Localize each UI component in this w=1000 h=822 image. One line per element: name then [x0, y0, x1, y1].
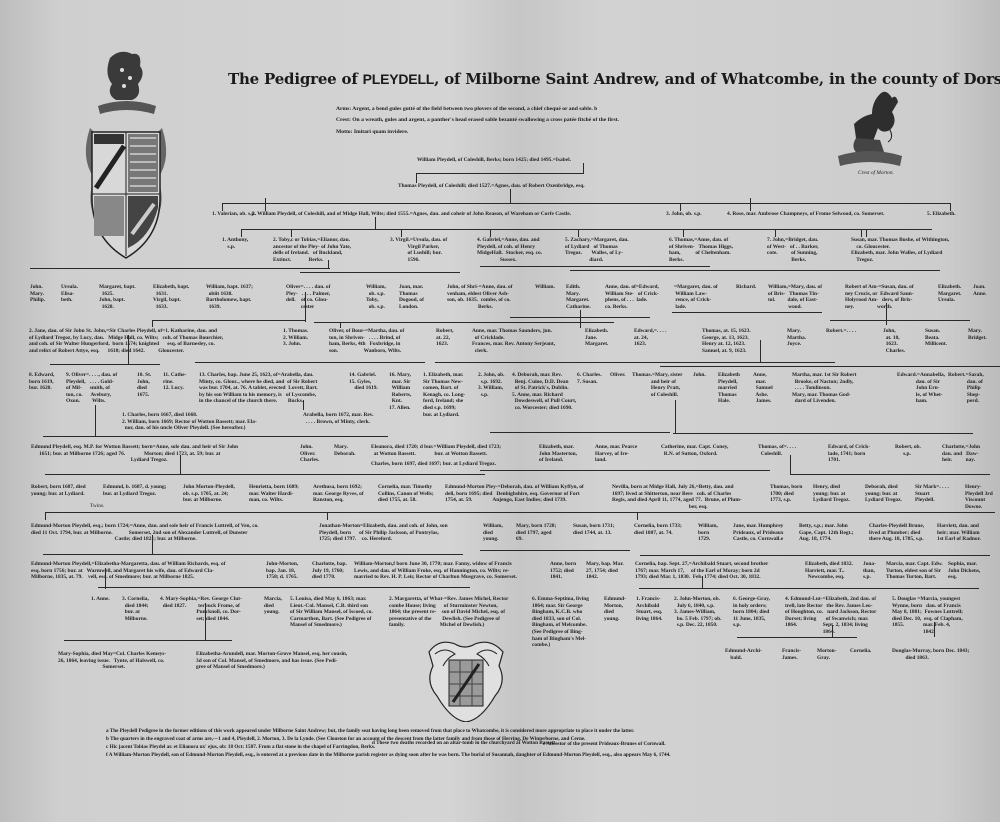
morton-gray: Morton- Gray.	[817, 648, 836, 661]
elizabeth-newcomen: 1. Elizabeth, mar. Sir Thomas New- comen…	[423, 372, 465, 418]
connector	[222, 203, 223, 211]
cornelia-1844: 3. Cornelia, died 1844; bur. at Milborne…	[122, 596, 149, 622]
connector	[291, 229, 292, 237]
marcia-died-young: Marcia, died young.	[264, 596, 282, 616]
connector	[303, 400, 304, 410]
footnote-a: a The Pleydell Pedigree in the former ed…	[106, 728, 634, 734]
arethusa: Arethusa, born 1692; mar. George Ryves, …	[313, 484, 364, 504]
sir-charles-pleydell-family: 2. Jane, dau. of Sir John St. John,=Sir …	[29, 328, 223, 354]
elizabetha-arundell: Elizabetha-Arundell, mar. Morton-Grove M…	[196, 651, 347, 671]
bottom-coat-of-arms-icon	[425, 636, 507, 722]
connector	[580, 310, 581, 328]
connector	[660, 366, 1000, 367]
connector	[152, 535, 153, 555]
henry-viscount-downe: Henry- Pleydell 3rd Viscount Downe.	[965, 484, 993, 510]
valerian: 1. Valerian, ob. s.p.	[212, 211, 256, 218]
mary-1728: Mary, born 1728; died 1797, aged 69.	[516, 523, 556, 543]
elizabeth-harriett: Elizabeth, died 1832. Harriett, mar. T..…	[805, 561, 853, 581]
john-william: 2. John, ob. s.p. 1692. 3. William, s.p.	[478, 372, 505, 398]
footnote-c: c Hic jacent Tobias Pleydel ar. et Elian…	[106, 744, 375, 750]
mary-martha-joyce: Mary. Martha. Joyce.	[787, 328, 806, 348]
connector	[934, 622, 935, 637]
william-1729: William, born 1729.	[698, 523, 718, 543]
motto: Motto: Imitari quam invidere.	[336, 129, 408, 135]
connector	[416, 173, 583, 174]
page-title: The Pedigree of PLEYDELL, of Milborne Sa…	[228, 70, 788, 88]
connector	[98, 587, 470, 588]
virgil: 3. Virgil.=Ursula, dau. of Virgil Parker…	[390, 237, 447, 263]
edward-1619: 8. Edward, born 1619, bur. 1620.	[29, 372, 54, 392]
connector	[866, 229, 867, 237]
connector	[683, 229, 684, 237]
jonathan-sp: Jona- than, s.p.	[863, 561, 876, 581]
anthony: 1. Anthony, s.p.	[222, 237, 248, 250]
connector	[578, 229, 579, 237]
john: John.	[693, 372, 706, 379]
catherine-coney: Catherine, mar. Capt. Coney, R.N. of Sut…	[661, 444, 728, 457]
connector	[490, 432, 670, 433]
connector	[570, 270, 940, 271]
edith-mary-margaret: Edith. Mary. Margaret. Catharine.	[566, 284, 591, 310]
connector	[675, 400, 676, 433]
ursula-elisabeth: Ursula. Elisa- beth.	[61, 284, 78, 304]
william-pleydell-1425: William Pleydell, of Coleshill, Berks; b…	[417, 157, 571, 164]
william: William.	[535, 284, 555, 291]
morton-crest-goat-icon	[832, 88, 908, 172]
connector	[43, 554, 463, 555]
edmund-morton-pleydell-1695: Edmund-Morton Pley-=Deborah, dau. of Wil…	[445, 484, 584, 504]
connector	[328, 260, 329, 268]
william-toby: William, ob. s.p. Toby, ob. s.p.	[366, 284, 386, 310]
jane-prideaux: Jane, mar. Humphrey Prideaux, of Prideau…	[733, 523, 783, 543]
jonathan-morton-pleydell: Jonathan-Morton=Elizabeth, dau. and coh.…	[319, 523, 448, 543]
zachary: 5. Zachary,=Margaret, dau. of Lydiard of…	[565, 237, 629, 263]
connector	[490, 229, 491, 237]
crest-caption: Crest of Morton.	[858, 170, 894, 177]
connector	[152, 320, 305, 321]
connector	[50, 364, 160, 365]
rose: 4. Rose, mar. Ambrose Champneys, of From…	[727, 211, 884, 218]
title-prefix: The Pedigree of	[228, 70, 363, 88]
connector	[43, 436, 388, 437]
connector	[639, 588, 979, 589]
oliver-pleydell: Oliver=. . . . dau. of Pley- . . . . Pal…	[286, 284, 330, 310]
mary-bridget: Mary. Bridget.	[968, 328, 987, 341]
edmund-morton-died-young: Edmund- Morton, died young.	[604, 596, 626, 622]
thomas-george-henry-samuel: Thomas, at. 15, 1623. George, at. 13, 16…	[702, 328, 751, 354]
william-of-bristol: William,=Mary, dau. of of Bris- Thomas T…	[768, 284, 822, 310]
connector	[300, 272, 460, 273]
edward-of-cricklade: Anne, dau. of=Edward, William Ste- of Cr…	[605, 284, 659, 310]
deborah-died-young: Deborah, died young; bur. at Lydiard Tre…	[865, 484, 902, 504]
connector	[180, 455, 181, 475]
crest-description: Crest: On a wreath, gules and argent, a …	[336, 117, 619, 123]
connector	[45, 512, 995, 513]
twins-label: Twins.	[90, 503, 104, 510]
connector	[510, 317, 650, 318]
elizabeth-masterton: Elizabeth, mar. John Masterton, of Irela…	[539, 444, 577, 464]
connector	[95, 405, 96, 437]
connector	[790, 474, 990, 475]
edmund-morton-pleydell-1724: Edmund-Morton Pleydell, esq.; born 1724;…	[31, 523, 259, 543]
marcia-turton: Marcia, mar. Capt. Edw. Turton, eldest s…	[886, 561, 943, 581]
edmund-morton-pleydell-1756: Edmund-Morton Pleydell,=Elizabetha-Marga…	[31, 561, 225, 581]
charles-pleydell-brune: Charles-Pleydell Brune, lived at Plumber…	[869, 523, 924, 543]
deborah-anne: 4. Deborah, mar. Rev. Benj. Cuine, D.D. …	[512, 372, 576, 412]
martha-mary: Martha, mar. 1st Sir Robert Brooke, of N…	[792, 372, 856, 405]
charles-william: 1. Charles, born 1667, died 1668. 2. Wil…	[122, 412, 257, 432]
arms-description: Arms: Argent, a bend gules gutté of the …	[336, 106, 597, 112]
oliver: Oliver.	[610, 372, 626, 379]
john-oliver-charles: John. Oliver. Charles.	[300, 444, 319, 464]
connector	[830, 320, 970, 321]
connector	[241, 229, 932, 230]
george-gray: 6. George-Gray, in holy orders; born 180…	[733, 596, 770, 629]
anne: 1. Anne.	[91, 596, 110, 603]
anne-ashe: Anne, mar. Samuel Ashe. James.	[753, 372, 773, 405]
elizabeth-margaret-ursula: Elizabeth. Margaret. Ursula.	[938, 284, 961, 304]
robert-of-amney: Robert of Am-=Susan, dau. of ney Crucis,…	[845, 284, 914, 310]
anne-frances: Anne, mar. Thomas Saunders, jun. of Cric…	[472, 328, 555, 354]
connector	[637, 512, 638, 520]
connector	[241, 229, 242, 237]
emma-septima-bingham: 6. Emma-Septima, living 1864; mar. Sir G…	[532, 596, 589, 649]
margaret-lawrence: =Margaret, dau. of William Law- rence, o…	[674, 284, 718, 310]
charlotte-1760: Charlotte, bap. July 19, 1760; died 1770…	[312, 561, 347, 581]
arabella-1672: Arabella, born 1672, mar. Rev. . . . . B…	[303, 412, 373, 425]
john-morton-1758: John-Morton, bap. Jan. 18, 1758; d. 1765…	[266, 561, 298, 581]
anne-1752: Anne, born 1752; died 1841.	[550, 561, 576, 581]
john-mary-philip: John. Mary. Philip.	[30, 284, 45, 304]
charles-1697: Charles, born 1697, died 1697; bur. at L…	[371, 461, 496, 468]
connector	[327, 512, 328, 520]
connector	[401, 229, 402, 237]
connector	[222, 203, 950, 204]
margaret-john: Margaret, bapt. 1625. John, bapt. 1628.	[99, 284, 136, 310]
william-pleydell-1555: 2. William Pleydell, of Coleshill, and o…	[252, 211, 571, 218]
connector	[950, 203, 951, 211]
title-suffix: , of Milborne Saint Andrew, and of Whatc…	[434, 70, 1000, 88]
henry-died-young: Henry, died young; bur. at Lydiard Trego…	[813, 484, 850, 504]
edmund-archibald: Edmund-Archi- bald.	[725, 648, 762, 661]
susan-1731: Susan, born 1731; died 1744, at. 13.	[573, 523, 615, 536]
douglas-wynne-marcia: 5. Douglas =Marcia, youngest Wynne, born…	[892, 596, 963, 636]
edmund-1687: Edmund, b. 1687, d. young; bur. at Lydia…	[103, 484, 167, 497]
connector	[480, 266, 710, 267]
john-morton-pleydell: John Morton-Pleydell, ob. s.p. 1705, at.…	[183, 484, 235, 504]
gabriel: 4. Gabriel,=Anne, dau. and Pleydell, of …	[477, 237, 542, 263]
betty-gape: Betty, s.p.; mar. John Gape, Capt. 12th …	[799, 523, 854, 543]
nevilla: Nevilla, born at Midge Hall, July 26,=Be…	[612, 484, 742, 510]
cornelia-1733: Cornelia, born 1733; died 1807, at. 74.	[634, 523, 682, 536]
henrietta: Henrietta, born 1689; mar. Walter Hardi-…	[249, 484, 299, 504]
connector	[195, 362, 425, 363]
cornelia: Cornelia.	[850, 648, 871, 655]
connector	[480, 470, 770, 471]
footnote-e: e Ancestor of the present Prideaux-Brune…	[543, 741, 666, 747]
thomas-pleydell-1527: Thomas Pleydell, of Coleshill; died 1527…	[398, 183, 585, 190]
connector	[673, 433, 973, 434]
elizabeth-virgil: Elizabeth, bapt. 1631. Virgil, bapt. 163…	[153, 284, 189, 310]
connector	[105, 568, 106, 589]
connector	[314, 322, 614, 323]
elizabeth-jane-margaret: Elizabeth. Jane. Margaret.	[585, 328, 608, 348]
connector	[64, 640, 232, 641]
thomas-shrivenham: 6. Thomas,=Anne, dau. of of Shriven- Tho…	[669, 237, 733, 263]
william-died-young: William, died young.	[483, 523, 503, 543]
edward-1623: Edward,=. . . . at. 24, 1623.	[634, 328, 666, 348]
charlotte-john-dawnay: Charlotte,=John dau. and Daw- heir. nay.	[942, 444, 980, 464]
anne-harvey: Anne, mar. Pearce Harvey, of Ire- land.	[595, 444, 637, 464]
william-bartholomew: William, bapt. 1637; obiit 1638. Barthol…	[206, 284, 253, 310]
cornelia-collins: Cornelia, mar. Timothy Collins, Canon of…	[378, 484, 434, 504]
mary-sophia-frome: 4. Mary-Sophia,=Rev. George Clut- died 1…	[160, 596, 242, 622]
connector	[672, 312, 822, 313]
susan-elizabeth: Susan, mar. Thomas Bushe, of Withington,…	[851, 237, 949, 263]
charles-susan: 6. Charles. 7. Susan.	[577, 372, 602, 385]
connector	[861, 229, 862, 237]
connector	[416, 173, 417, 183]
connector	[750, 198, 751, 211]
oliver-of-bourton: Oliver, of Bour-=Martha, dau. of ton, in…	[329, 328, 404, 354]
connector	[45, 474, 485, 475]
pleydell-coat-of-arms-icon	[80, 48, 172, 268]
connector	[510, 189, 511, 204]
edward-annabella: Edward.=Annabella, dau. of Sir John Ern-…	[897, 372, 945, 405]
connector	[886, 303, 887, 325]
margaretta-michel: 2. Margaretta, of What-=Rev. James Miche…	[389, 596, 508, 629]
edmund-luttrell-elizabeth: 4. Edmund-Lut-=Elizabeth, 2nd dau. of tr…	[785, 596, 876, 636]
connector	[265, 198, 266, 211]
robert-1623: Robert, at. 22, 1623.	[436, 328, 454, 348]
footnote-f: f A William-Morton Pleydell, son of Edmu…	[106, 752, 670, 758]
joan-dogood: Joan, mar. Thomas Dogood, of London.	[399, 284, 424, 310]
mary-roberts-allen: 16. Mary, mar. Sir William Roberts, Knt.…	[389, 372, 411, 412]
john-charles: John, at. 10, 1623. Charles.	[883, 328, 905, 354]
connector	[30, 268, 330, 269]
connector	[640, 555, 990, 556]
connector	[760, 340, 761, 362]
connector	[435, 362, 835, 363]
mary-1754: Mary, bap. Mar. 27, 1754; died 1842.	[586, 561, 624, 581]
john-osp: 3. John, ob. s.p.	[666, 211, 702, 218]
john-of-shrivenham: John, of Shri-=Anne, dau. of venham, eld…	[447, 284, 513, 310]
sophia-dickens: Sophia, mar. John Dickens, esq.	[948, 561, 980, 581]
thomas-william-john: 1. Thomas. 2. William. 3. John.	[283, 328, 308, 348]
joan-anne: Joan. Anne.	[973, 284, 987, 297]
connector	[790, 455, 791, 475]
francis-archibald-stuart: 1. Francis- Archibald Stuart, esq. livin…	[636, 596, 662, 622]
connector	[832, 625, 833, 637]
connector	[737, 637, 857, 638]
oliver-of-milton: 9. Oliver=. . . ., dau. of Pleydell, . .…	[66, 372, 117, 405]
footnote-d: d These two deaths recorded on an altar-…	[372, 740, 556, 746]
john-westcote: 7. John,=Bridget, dau. of West- of . . B…	[767, 237, 819, 263]
connector	[680, 203, 681, 211]
william-morton-1770: William-Morton,f born June 30, 1770; mar…	[354, 561, 517, 581]
richard: Richard.	[736, 284, 756, 291]
edmund-pleydell-mp: Edmund Pleydell, esq. M.P. for Wotton Ba…	[31, 444, 238, 464]
catherine-lucy: 11. Cathe- rine. 12. Lucy.	[163, 372, 186, 392]
robert-sarah: Robert.=Sarah, dau. of Philip Shep- perd…	[948, 372, 984, 405]
harriett-radnor: Harriett, dau. and heir; mar. William 1s…	[937, 523, 981, 543]
john-morton-james-william: 2. John-Morton, ob. July 6, 1840, s.p. 3…	[674, 596, 721, 629]
connector	[583, 163, 584, 174]
sir-mark-stuart-pleydell: Sir Mark=. . . . Stuart Pleydell.	[915, 484, 949, 504]
title-surname: PLEYDELL	[363, 71, 435, 87]
thomas-1700: Thomas, born 1700; died 1773, s.p.	[770, 484, 802, 504]
connector	[152, 320, 153, 327]
louisa-mansel: 5. Louisa, died May 6, 1863; mar. Lieut.…	[290, 596, 373, 629]
elizabeth: 5. Elizabeth.	[927, 211, 956, 218]
thomas-mary-pratt: Thomas.=Mary, sister and heir of Henry P…	[632, 372, 683, 398]
connector	[205, 603, 206, 641]
robert: Robert.=. . . .	[826, 328, 856, 335]
connector	[128, 335, 129, 365]
gabriel-gyles: 14. Gabriel. 15. Gyles, died 1619.	[349, 372, 378, 392]
eleanora-william: Eleanora, died 1720; d bur.=William Pley…	[371, 444, 501, 457]
toby-or-tobias: 2. Toby,c or Tobias,=Elianor, dau. ances…	[273, 237, 351, 263]
robert-1687: Robert, born 1687, died young; bur. at L…	[31, 484, 86, 497]
st-john: 10. St. John, died 1675.	[137, 372, 151, 398]
mary-sophia-tynte: Mary-Sophia, died May=Col. Charles Kemey…	[58, 651, 166, 671]
edward-of-cricklade-1741: Edward, of Crick- lade, 1741; born 1701.	[828, 444, 870, 464]
connector	[45, 512, 46, 520]
pedigree-page: The Pedigree of PLEYDELL, of Milborne Sa…	[0, 0, 1000, 822]
elizabeth-hale: Elizabeth Pleydell, married Thomas Hale.	[718, 372, 740, 405]
mary-deborah: Mary. Deborah.	[334, 444, 355, 457]
connector	[480, 550, 630, 551]
francis-james: Francis- James.	[782, 648, 801, 661]
susan-beata-millicent: Susan. Beata. Millicent.	[925, 328, 947, 348]
robert-osp: Robert, ob. s.p.	[895, 444, 921, 457]
connector	[775, 229, 776, 237]
douglas-murray: Douglas-Murray, born Dec. 1843; died 186…	[892, 648, 969, 661]
charles-of-minty: 13. Charles, bap. June 25, 1623, of=Arab…	[199, 372, 318, 405]
connector	[305, 292, 306, 322]
